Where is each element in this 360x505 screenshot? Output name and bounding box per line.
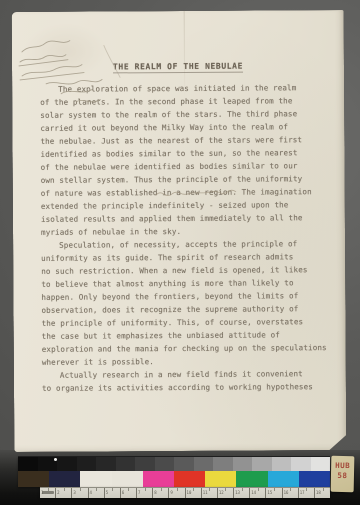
grayscale-step bbox=[135, 457, 155, 471]
color-patch bbox=[205, 471, 236, 487]
ruler-tick: 1 bbox=[40, 488, 55, 498]
ruler-tick: 7 bbox=[136, 488, 152, 498]
grayscale-step bbox=[38, 457, 58, 471]
ruler-tick: 5 bbox=[104, 488, 120, 498]
document-page: THE REALM OF THE NEBULAE The exploration… bbox=[12, 10, 347, 452]
grayscale-step bbox=[174, 457, 194, 471]
ruler-tick: 6 bbox=[120, 488, 136, 498]
ruler-tick: 2 bbox=[55, 488, 71, 498]
typed-text: The exploration of space was initiated i… bbox=[12, 81, 346, 395]
ruler-tick: 12 bbox=[217, 488, 233, 498]
typed-line: the principle of uniformity. This, of co… bbox=[42, 315, 334, 330]
grayscale-step bbox=[252, 457, 272, 471]
ruler-tick: 15 bbox=[265, 488, 281, 498]
grayscale-step bbox=[18, 457, 38, 471]
ruler-tick: 4 bbox=[88, 488, 104, 498]
ruler-tick: 8 bbox=[152, 488, 168, 498]
pencil-note-icon bbox=[154, 189, 240, 199]
archive-tag-line1: HUB bbox=[331, 461, 354, 472]
ruler-tick: 9 bbox=[168, 488, 184, 498]
ruler-tick: 16 bbox=[282, 488, 298, 498]
typed-line: to organize its activities according to … bbox=[42, 380, 334, 395]
ruler-tick: 17 bbox=[298, 488, 314, 498]
color-patch bbox=[18, 471, 49, 487]
grayscale-row bbox=[18, 457, 330, 471]
grayscale-step bbox=[233, 457, 253, 471]
color-patch bbox=[268, 471, 299, 487]
ruler: 123456789101112131415161718 bbox=[40, 487, 330, 498]
ruler-tick: 18 bbox=[314, 488, 330, 498]
paper-crease bbox=[184, 11, 186, 99]
grayscale-step bbox=[291, 457, 311, 471]
archive-tag: HUB 58 bbox=[331, 456, 355, 492]
page-title-text: THE REALM OF THE NEBULAE bbox=[113, 62, 243, 74]
archive-tag-line2: 58 bbox=[331, 471, 354, 482]
color-patch bbox=[49, 471, 80, 487]
ruler-tick: 11 bbox=[201, 488, 217, 498]
color-patch bbox=[143, 471, 174, 487]
color-patch bbox=[174, 471, 205, 487]
grayscale-step bbox=[311, 457, 331, 471]
color-patch bbox=[236, 471, 267, 487]
grayscale-step bbox=[116, 457, 136, 471]
ruler-tick: 3 bbox=[71, 488, 87, 498]
ruler-tick: 14 bbox=[249, 488, 265, 498]
ruler-tick: 10 bbox=[185, 488, 201, 498]
grayscale-step bbox=[77, 457, 97, 471]
color-patch bbox=[299, 471, 330, 487]
ruler-tick: 13 bbox=[233, 488, 249, 498]
grayscale-step bbox=[57, 457, 77, 471]
typed-line: isolated results and applied them immedi… bbox=[41, 211, 333, 226]
typed-line: exploration and the mania for checking u… bbox=[42, 341, 334, 356]
pencil-scribble-icon bbox=[16, 35, 126, 114]
photo-stage: THE REALM OF THE NEBULAE The exploration… bbox=[0, 0, 360, 505]
grayscale-step bbox=[213, 457, 233, 471]
grayscale-step bbox=[194, 457, 214, 471]
color-patch-row bbox=[18, 471, 330, 487]
grayscale-step bbox=[96, 457, 116, 471]
paragraph: Actually research in a new field finds i… bbox=[42, 367, 334, 395]
color-patch bbox=[80, 471, 111, 487]
grayscale-step bbox=[155, 457, 175, 471]
paragraph: Speculation, of necessity, accepts the p… bbox=[41, 237, 334, 369]
ruler-ticks: 123456789101112131415161718 bbox=[40, 488, 330, 498]
grayscale-step bbox=[272, 457, 292, 471]
color-patch bbox=[112, 471, 143, 487]
color-calibration-bar bbox=[18, 457, 330, 487]
